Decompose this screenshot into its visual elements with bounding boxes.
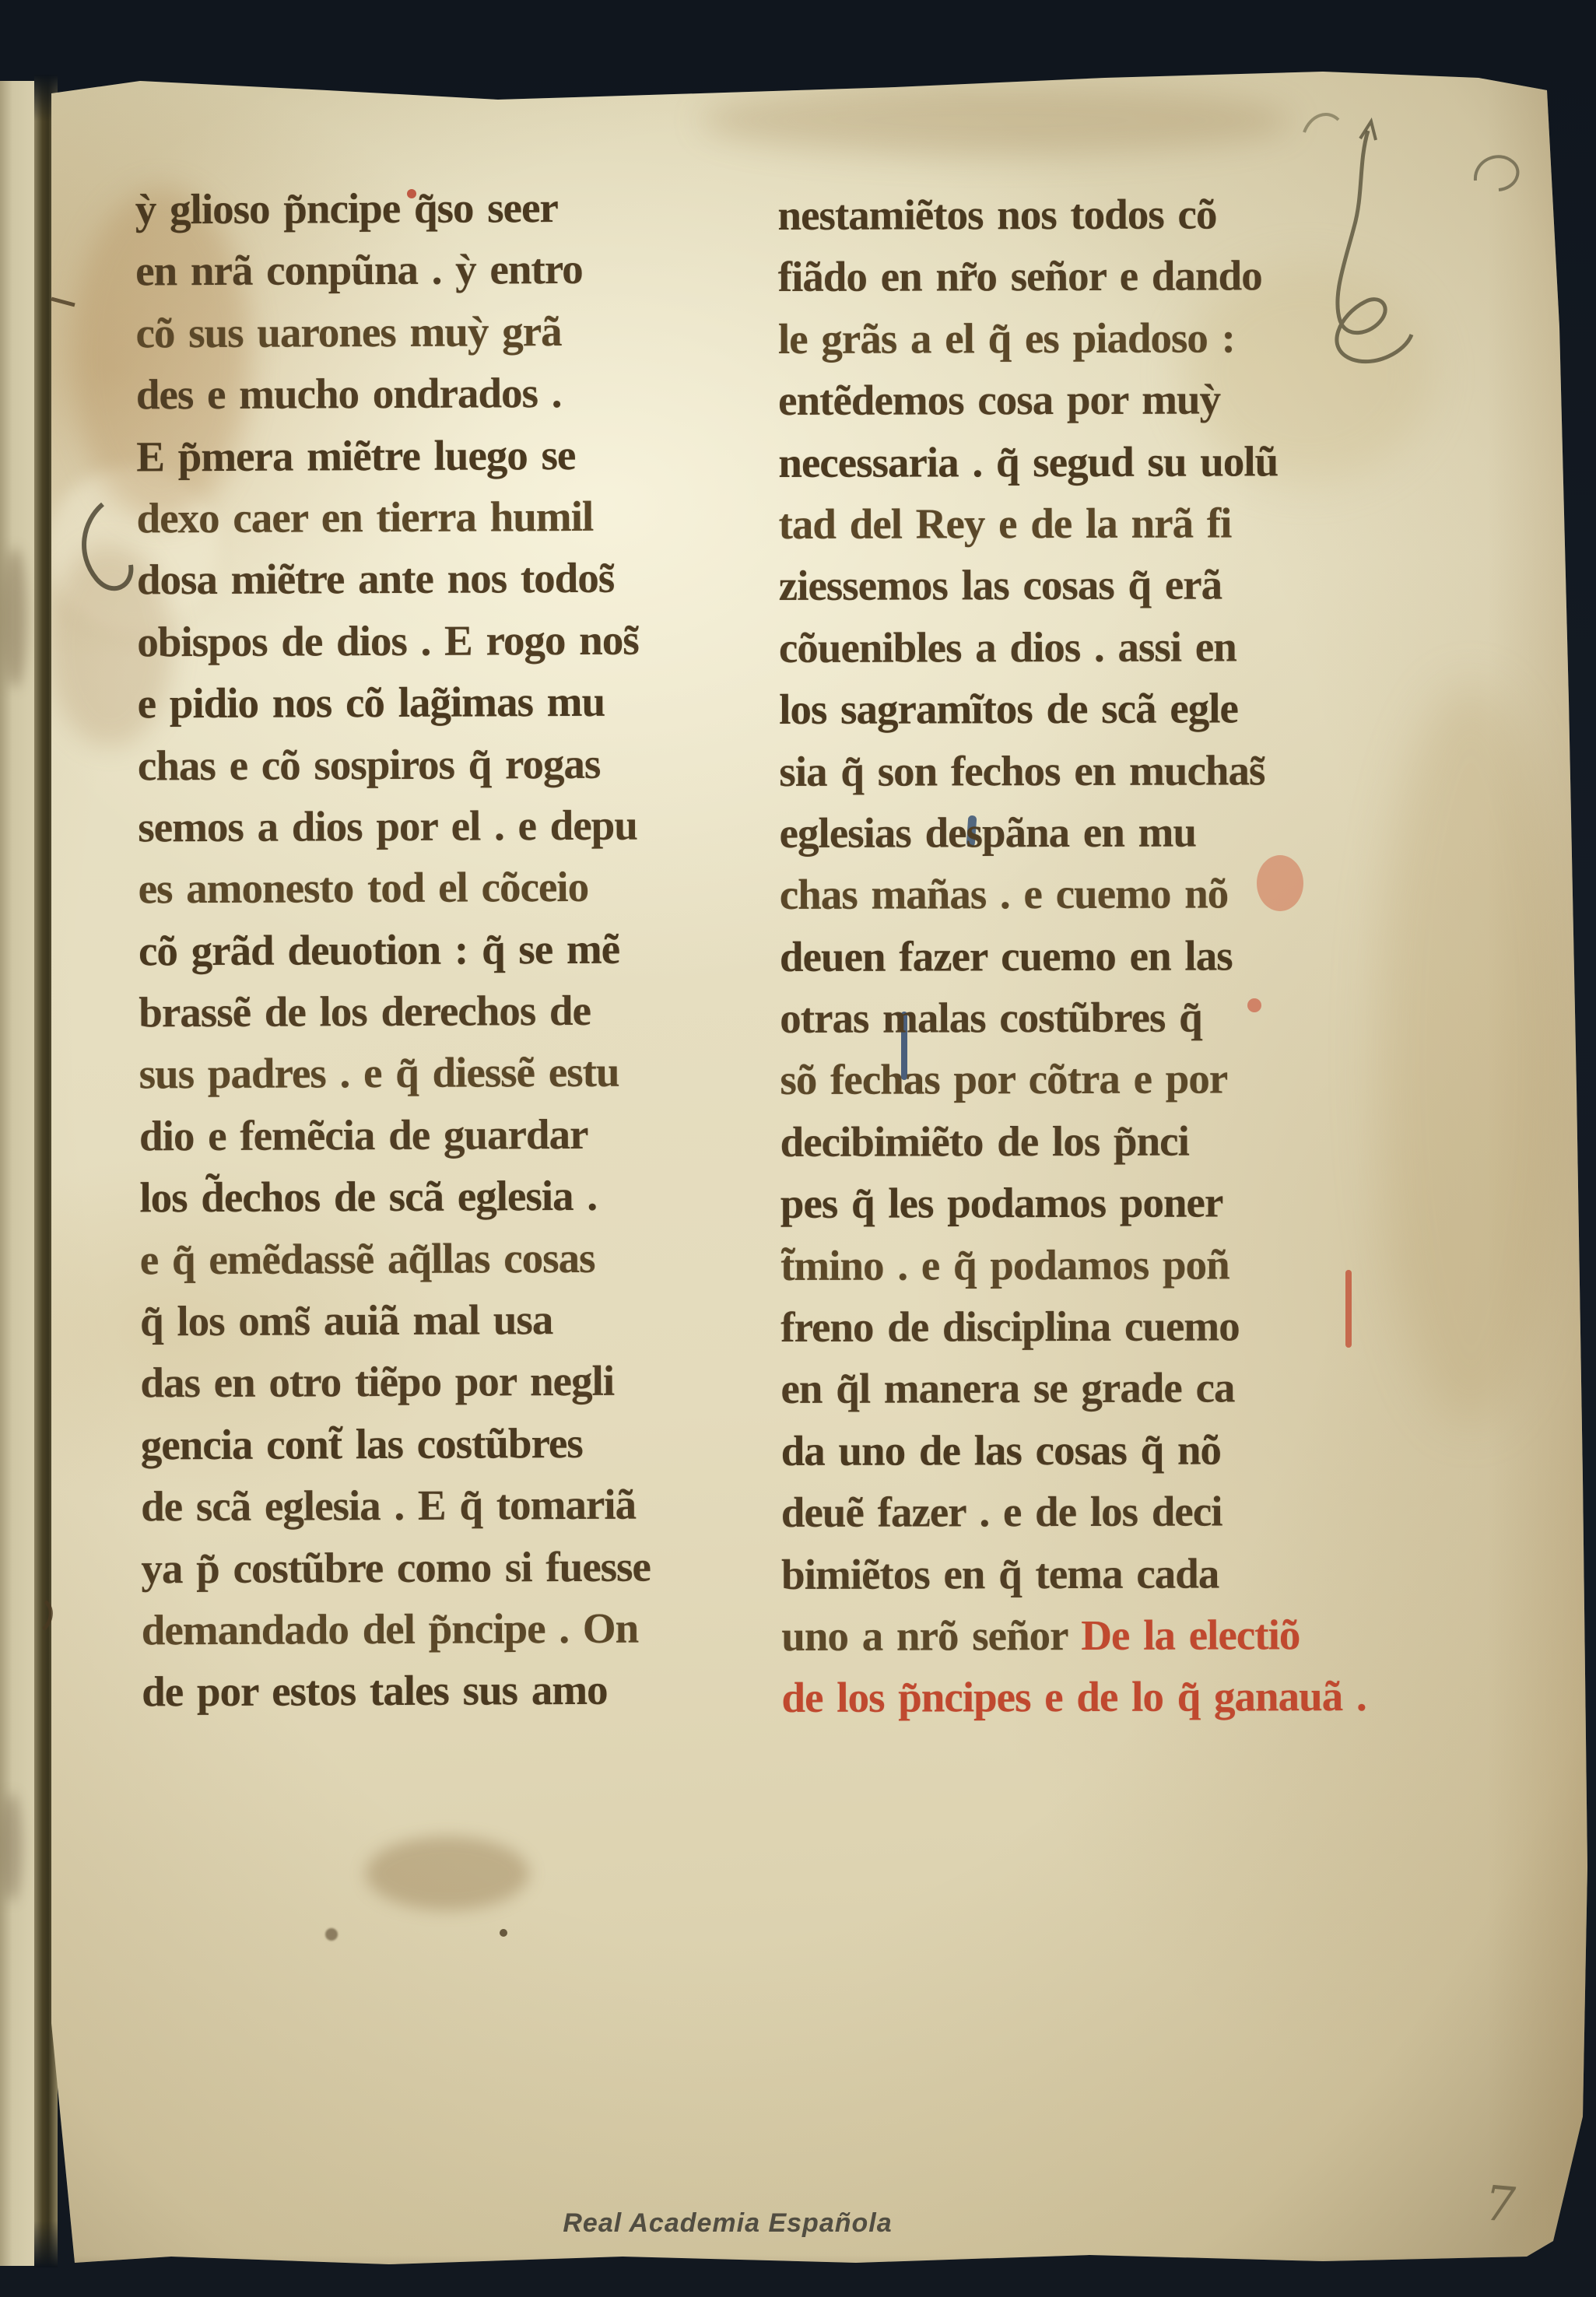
adjacent-folio-edge: [0, 81, 36, 2266]
manuscript-line: e pidio nos cõ lag̃imas mu: [137, 671, 647, 735]
ink-text: cõuenibles a dios . assi en: [779, 622, 1236, 672]
ink-text: entẽdemos cosa por muỳ: [778, 376, 1220, 424]
ink-text: los sagramĩtos de scã egle: [779, 685, 1238, 734]
ink-text: demandado del p̃ncipe . On: [142, 1604, 639, 1654]
manuscript-line: sia q̃ son fechos en muchas̃: [779, 739, 1363, 802]
manuscript-line: es amonesto tod el cõceio: [138, 856, 647, 920]
ink-text: necessaria . q̃ segud su uolũ: [778, 437, 1278, 486]
ink-text: t̃mino . e q̃ podamos poñ: [780, 1240, 1229, 1289]
ink-text: en nrã conpũna . ỳ entro: [135, 245, 583, 295]
manuscript-line: deuen fazer cuemo en las: [780, 924, 1364, 987]
manuscript-line: de por estos tales sus amo: [142, 1659, 651, 1723]
ink-text: otras malas costũbres q̃: [780, 994, 1202, 1042]
manuscript-line: los d̃echos de scã eglesia .: [139, 1165, 649, 1229]
ink-text: fiãdo en nr̃o señor e dando: [778, 252, 1262, 301]
manuscript-line: decibimiẽto de los p̃nci: [780, 1110, 1365, 1173]
ink-text: chas mañas . e cuemo nõ: [780, 870, 1229, 919]
ink-text: deuẽ fazer . e de los deci: [781, 1488, 1222, 1536]
ink-text: de por estos tales sus amo: [142, 1666, 608, 1716]
ink-text: brassẽ de los derechos de: [139, 987, 591, 1036]
manuscript-line: otras malas costũbres q̃: [780, 986, 1364, 1049]
manuscript-line: fiãdo en nr̃o señor e dando: [778, 244, 1363, 307]
ink-text: freno de disciplina cuemo: [780, 1302, 1240, 1351]
ink-text: los d̃echos de scã eglesia .: [139, 1172, 597, 1222]
ink-text: sia q̃ son fechos en muchas̃: [779, 746, 1265, 795]
ink-text: es amonesto tod el cõceio: [139, 863, 589, 913]
ink-text: e q̃ emẽdassẽ aq̃llas cosas: [140, 1234, 595, 1284]
manuscript-line: gencia cont̃ las costũbres: [141, 1412, 651, 1475]
ink-text: de scã eglesia . E q̃ tomariã: [141, 1481, 636, 1531]
ink-text: da uno de las cosas q̃ nõ: [781, 1426, 1222, 1474]
ink-text: e pidio nos cõ lag̃imas mu: [137, 678, 605, 728]
manuscript-line: das en otro tiẽpo por negli: [140, 1350, 650, 1414]
ink-text: uno a nrõ señor: [781, 1611, 1081, 1660]
ink-text: cõ sus uarones muỳ grã: [135, 307, 561, 356]
ink-text: ỳ glioso p̃ncipe q̃so seer: [135, 184, 558, 233]
ink-text: en q̃l manera se grade ca: [780, 1364, 1234, 1413]
manuscript-line: bimiẽtos en q̃ tema cada: [781, 1542, 1366, 1605]
ink-text: pes q̃ les podamos poner: [780, 1179, 1223, 1227]
ink-text: tad del Rey e de la nrã fi: [778, 499, 1231, 548]
ink-text: sus padres . e q̃ diessẽ estu: [139, 1048, 619, 1098]
manuscript-line: le grãs a el q̃ es piadoso :: [778, 307, 1363, 370]
manuscript-line: cõ sus uarones muỳ grã: [135, 300, 645, 363]
manuscript-line: deuẽ fazer . e de los deci: [781, 1480, 1366, 1543]
manuscript-line: sus padres . e q̃ diessẽ estu: [139, 1041, 649, 1105]
manuscript-line: uno a nrõ señor De la electiõ: [781, 1604, 1366, 1667]
text-column-left: ỳ glioso p̃ncipe q̃so seeren nrã conpũna…: [135, 177, 651, 1724]
ink-text: nestamiẽtos nos todos cõ: [777, 191, 1216, 239]
ink-text: dexo caer en tierra humil: [136, 493, 593, 542]
ink-text: bimiẽtos en q̃ tema cada: [781, 1549, 1219, 1597]
ink-text: chas e cõ sospiros q̃ rogas: [138, 739, 601, 789]
manuscript-line: tad del Rey e de la nrã fi: [778, 492, 1363, 555]
manuscript-line: los sagramĩtos de scã egle: [779, 677, 1363, 740]
edge-stain: [3, 548, 26, 688]
manuscript-line: chas e cõ sospiros q̃ rogas: [138, 732, 647, 796]
edge-stain: [2, 1793, 22, 1902]
ink-text: q̃ los oms̃ auiã mal usa: [140, 1296, 552, 1345]
manuscript-line: sõ fechas por cõtra e por: [780, 1047, 1364, 1110]
ink-text: semos a dios por el . e depu: [138, 801, 637, 851]
manuscript-line: t̃mino . e q̃ podamos poñ: [780, 1233, 1365, 1296]
ink-text: des e mucho ondrados .: [136, 369, 562, 418]
manuscript-line: da uno de las cosas q̃ nõ: [781, 1419, 1366, 1482]
manuscript-photo: ỳ glioso p̃ncipe q̃so seeren nrã conpũna…: [0, 0, 1596, 2297]
manuscript-line: des e mucho ondrados .: [136, 362, 646, 426]
manuscript-line: freno de disciplina cuemo: [780, 1295, 1365, 1358]
manuscript-line: eglesias despãna en mu: [779, 801, 1363, 864]
rubric-text: De la electiõ: [1081, 1611, 1300, 1659]
ink-text: ziessemos las cosas q̃ erã: [779, 561, 1222, 609]
ink-text: decibimiẽto de los p̃nci: [780, 1117, 1189, 1165]
manuscript-line: entẽdemos cosa por muỳ: [778, 368, 1363, 431]
ink-text: gencia cont̃ las costũbres: [141, 1419, 583, 1468]
manuscript-line: obispos de dios . E rogo nos̃: [137, 608, 647, 672]
ink-text: eglesias despãna en mu: [780, 808, 1197, 856]
manuscript-line: e q̃ emẽdassẽ aq̃llas cosas: [140, 1226, 650, 1290]
manuscript-line: de scã eglesia . E q̃ tomariã: [141, 1474, 651, 1538]
ink-text: obispos de dios . E rogo nos̃: [137, 615, 639, 665]
manuscript-line: chas mañas . e cuemo nõ: [780, 862, 1364, 925]
ink-text: sõ fechas por cõtra e por: [780, 1055, 1227, 1104]
manuscript-line: semos a dios por el . e depu: [138, 794, 647, 857]
manuscript-line: de los p̃ncipes e de lo q̃ ganauã .: [781, 1665, 1366, 1728]
ink-text: le grãs a el q̃ es piadoso :: [778, 314, 1235, 363]
manuscript-line: en nrã conpũna . ỳ entro: [135, 238, 645, 302]
ink-text: cõ grãd deuotion : q̃ se mẽ: [139, 924, 619, 974]
ink-text: dio e femẽcia de guardar: [139, 1110, 588, 1160]
manuscript-line: brassẽ de los derechos de: [139, 980, 648, 1043]
manuscript-line: nestamiẽtos nos todos cõ: [777, 183, 1362, 246]
manuscript-line: ziessemos las cosas q̃ erã: [779, 553, 1363, 616]
manuscript-line: dosa miẽtre ante nos todos̃: [137, 547, 647, 611]
manuscript-line: pes q̃ les podamos poner: [780, 1171, 1365, 1234]
ink-text: deuen fazer cuemo en las: [780, 931, 1233, 980]
manuscript-line: ỳ glioso p̃ncipe q̃so seer: [135, 177, 645, 240]
manuscript-line: demandado del p̃ncipe . On: [142, 1597, 651, 1661]
manuscript-line: en q̃l manera se grade ca: [780, 1356, 1365, 1419]
manuscript-line: cõuenibles a dios . assi en: [779, 615, 1363, 679]
rubric-text: de los p̃ncipes e de lo q̃ ganauã .: [781, 1672, 1366, 1721]
manuscript-line: q̃ los oms̃ auiã mal usa: [140, 1289, 650, 1352]
ink-text: das en otro tiẽpo por negli: [140, 1357, 614, 1407]
institution-watermark: Real Academia Española: [545, 2208, 910, 2239]
manuscript-line: dio e femẽcia de guardar: [139, 1103, 649, 1166]
ink-text: dosa miẽtre ante nos todos̃: [137, 554, 615, 604]
ink-text: E p̃mera miẽtre luego se: [136, 431, 575, 480]
text-column-right: nestamiẽtos nos todos cõfiãdo en nr̃o se…: [777, 183, 1366, 1729]
manuscript-line: cõ grãd deuotion : q̃ se mẽ: [139, 917, 648, 981]
manuscript-line: necessaria . q̃ segud su uolũ: [778, 430, 1363, 493]
manuscript-line: ya p̃ costũbre como si fuesse: [141, 1535, 651, 1599]
manuscript-line: E p̃mera miẽtre luego se: [136, 423, 646, 487]
manuscript-line: dexo caer en tierra humil: [136, 486, 646, 549]
ink-text: ya p̃ costũbre como si fuesse: [141, 1542, 651, 1592]
